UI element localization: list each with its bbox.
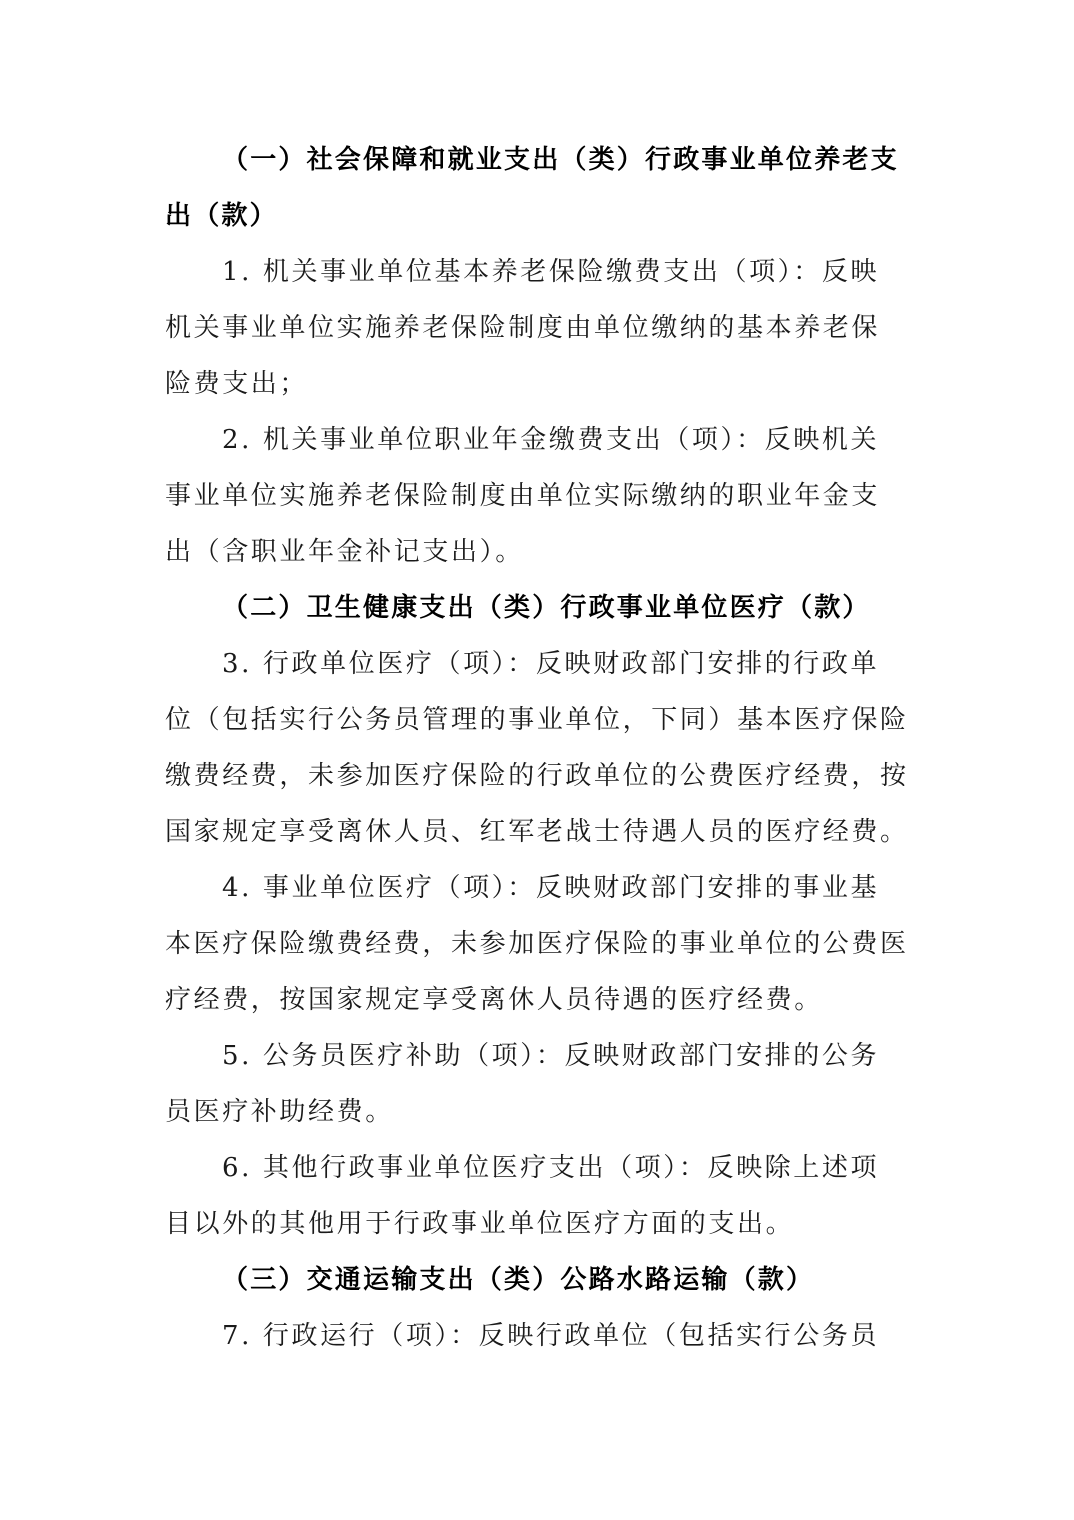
document-page: （一）社会保障和就业支出（类）行政事业单位养老支 出（款） 1. 机关事业单位基… — [0, 0, 1074, 1520]
item-paragraph-cont: 本医疗保险缴费经费，未参加医疗保险的事业单位的公费医 — [165, 927, 909, 961]
section-heading: （二）卫生健康支出（类）行政事业单位医疗（款） — [222, 591, 871, 625]
item-paragraph: 5. 公务员医疗补助（项）：反映财政部门安排的公务 — [222, 1039, 879, 1073]
item-paragraph: 3. 行政单位医疗（项）：反映财政部门安排的行政单 — [222, 647, 879, 681]
item-paragraph: 7. 行政运行（项）：反映行政单位（包括实行公务员 — [222, 1319, 879, 1353]
item-paragraph: 2. 机关事业单位职业年金缴费支出（项）：反映机关 — [222, 423, 879, 457]
item-paragraph-cont: 机关事业单位实施养老保险制度由单位缴纳的基本养老保 — [165, 311, 880, 345]
item-paragraph-cont: 位（包括实行公务员管理的事业单位，下同）基本医疗保险 — [165, 703, 909, 737]
item-paragraph-cont: 疗经费，按国家规定享受离休人员待遇的医疗经费。 — [165, 983, 823, 1017]
item-paragraph-cont: 险费支出； — [165, 367, 308, 401]
item-paragraph-cont: 事业单位实施养老保险制度由单位实际缴纳的职业年金支 — [165, 479, 880, 513]
item-paragraph-cont: 国家规定享受离休人员、红军老战士待遇人员的医疗经费。 — [165, 815, 909, 849]
section-heading: （一）社会保障和就业支出（类）行政事业单位养老支 — [222, 143, 899, 177]
section-heading-cont: 出（款） — [165, 199, 278, 233]
item-paragraph-cont: 员医疗补助经费。 — [165, 1095, 394, 1129]
item-paragraph-cont: 缴费经费，未参加医疗保险的行政单位的公费医疗经费，按 — [165, 759, 909, 793]
item-paragraph-cont: 出（含职业年金补记支出）。 — [165, 535, 524, 569]
item-paragraph-cont: 目以外的其他用于行政事业单位医疗方面的支出。 — [165, 1207, 794, 1241]
item-paragraph: 1. 机关事业单位基本养老保险缴费支出（项）：反映 — [222, 255, 879, 289]
item-paragraph: 4. 事业单位医疗（项）：反映财政部门安排的事业基 — [222, 871, 879, 905]
item-paragraph: 6. 其他行政事业单位医疗支出（项）：反映除上述项 — [222, 1151, 879, 1185]
section-heading: （三）交通运输支出（类）公路水路运输（款） — [222, 1263, 814, 1297]
